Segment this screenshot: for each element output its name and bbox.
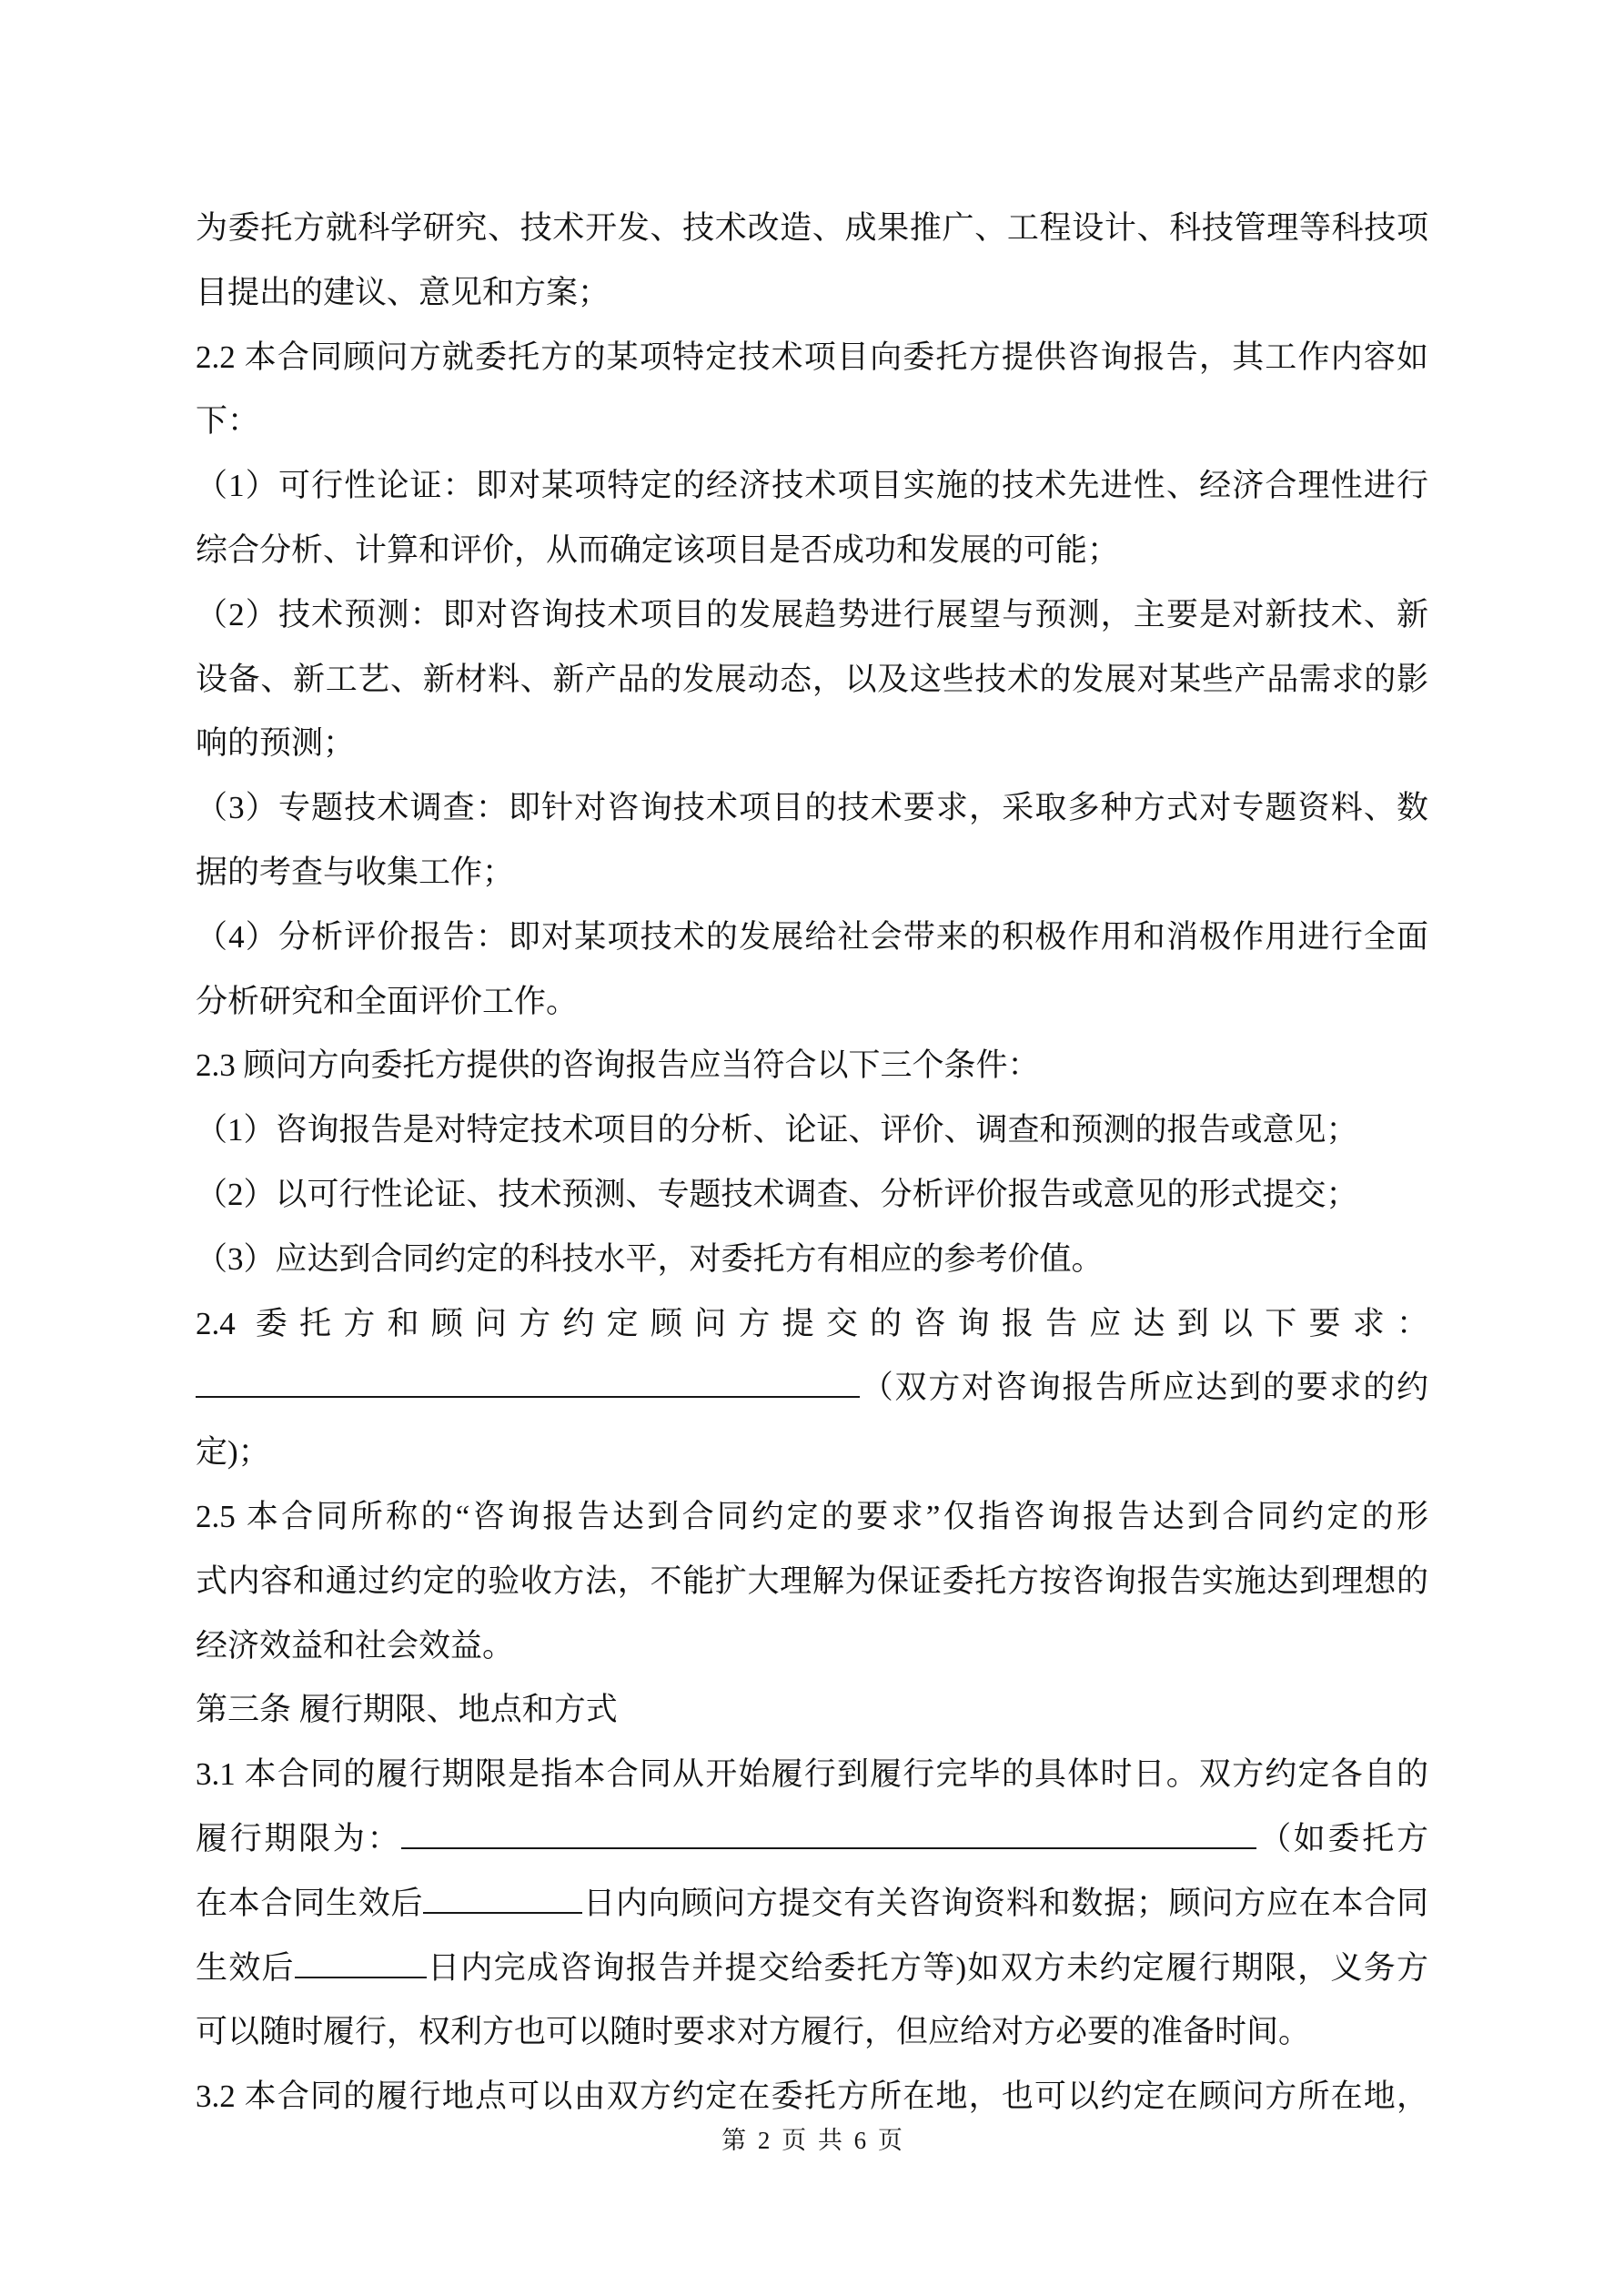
- line-text: 式内容和通过约定的验收方法，不能扩大理解为保证委托方按咨询报告实施达到理想的: [196, 1563, 1428, 1599]
- document-line: 分析研究和全面评价工作。: [196, 970, 1428, 1035]
- document-line: （2）技术预测：即对咨询技术项目的发展趋势进行展望与预测，主要是对新技术、新: [196, 583, 1428, 648]
- line-text: 响的预测；: [196, 725, 355, 761]
- line-text: 生效后: [196, 1950, 295, 1986]
- line-text: 2.4 委托方和顾问方约定顾问方提交的咨询报告应达到以下要求：: [196, 1306, 1428, 1341]
- line-text: 2.5 本合同所称的“咨询报告达到合同约定的要求”仅指咨询报告达到合同约定的形: [196, 1499, 1428, 1534]
- line-text: 定)；: [196, 1434, 270, 1470]
- document-line: （3）专题技术调查：即针对咨询技术项目的技术要求，采取多种方式对专题资料、数: [196, 776, 1428, 841]
- document-line: 据的考查与收集工作；: [196, 841, 1428, 905]
- line-text: 目提出的建议、意见和方案；: [196, 275, 610, 310]
- fill-in-blank[interactable]: [196, 1396, 860, 1398]
- line-text: 在本合同生效后: [196, 1886, 423, 1921]
- line-text: 分析研究和全面评价工作。: [196, 984, 578, 1019]
- document-line: 响的预测；: [196, 712, 1428, 776]
- line-text: 综合分析、计算和评价，从而确定该项目是否成功和发展的可能；: [196, 532, 1119, 568]
- document-line: 第三条 履行期限、地点和方式: [196, 1678, 1428, 1743]
- line-text: 日内向顾问方提交有关咨询资料和数据；顾问方应在本合同: [582, 1886, 1428, 1921]
- line-text: 3.1 本合同的履行期限是指本合同从开始履行到履行完毕的具体时日。双方约定各自的: [196, 1756, 1428, 1792]
- line-text: 下：: [196, 403, 259, 439]
- line-text: 可以随时履行，权利方也可以随时要求对方履行，但应给对方必要的准备时间。: [196, 2014, 1310, 2049]
- line-text: 设备、新工艺、新材料、新产品的发展动态，以及这些技术的发展对某些产品需求的影: [196, 662, 1428, 697]
- line-text: （如委托方: [1256, 1821, 1428, 1856]
- line-text: （1）咨询报告是对特定技术项目的分析、论证、评价、调查和预测的报告或意见；: [196, 1112, 1358, 1148]
- page-footer: 第 2 页 共 6 页: [0, 2122, 1624, 2159]
- line-text: 日内完成咨询报告并提交给委托方等)如双方未约定履行期限，义务方: [427, 1950, 1428, 1986]
- document-line: 在本合同生效后日内向顾问方提交有关咨询资料和数据；顾问方应在本合同: [196, 1872, 1428, 1937]
- document-page: 为委托方就科学研究、技术开发、技术改造、成果推广、工程设计、科技管理等科技项目提…: [0, 0, 1624, 2296]
- line-text: 2.3 顾问方向委托方提供的咨询报告应当符合以下三个条件：: [196, 1047, 1040, 1083]
- line-text: 为委托方就科学研究、技术开发、技术改造、成果推广、工程设计、科技管理等科技项: [196, 210, 1428, 246]
- document-line: （双方对咨询报告所应达到的要求的约: [196, 1356, 1428, 1421]
- line-text: 第三条 履行期限、地点和方式: [196, 1692, 618, 1727]
- document-line: 设备、新工艺、新材料、新产品的发展动态，以及这些技术的发展对某些产品需求的影: [196, 648, 1428, 713]
- line-text: 3.2 本合同的履行地点可以由双方约定在委托方所在地，也可以约定在顾问方所在地，: [196, 2079, 1428, 2114]
- document-line: 可以随时履行，权利方也可以随时要求对方履行，但应给对方必要的准备时间。: [196, 2000, 1428, 2065]
- document-line: （1）可行性论证：即对某项特定的经济技术项目实施的技术先进性、经济合理性进行: [196, 454, 1428, 519]
- line-text: （3）专题技术调查：即针对咨询技术项目的技术要求，采取多种方式对专题资料、数: [196, 790, 1428, 825]
- document-line: 生效后日内完成咨询报告并提交给委托方等)如双方未约定履行期限，义务方: [196, 1937, 1428, 2001]
- line-text: （2）技术预测：即对咨询技术项目的发展趋势进行展望与预测，主要是对新技术、新: [196, 597, 1428, 632]
- line-text: （双方对咨询报告所应达到的要求的约: [860, 1370, 1428, 1405]
- document-line: （2）以可行性论证、技术预测、专题技术调查、分析评价报告或意见的形式提交；: [196, 1163, 1428, 1228]
- line-text: 据的考查与收集工作；: [196, 855, 514, 890]
- document-line: 2.4 委托方和顾问方约定顾问方提交的咨询报告应达到以下要求：: [196, 1292, 1428, 1357]
- fill-in-blank[interactable]: [423, 1912, 582, 1914]
- document-line: 3.2 本合同的履行地点可以由双方约定在委托方所在地，也可以约定在顾问方所在地，: [196, 2065, 1428, 2129]
- document-line: 3.1 本合同的履行期限是指本合同从开始履行到履行完毕的具体时日。双方约定各自的: [196, 1743, 1428, 1807]
- document-line: 履行期限为：（如委托方: [196, 1807, 1428, 1872]
- page-number-text: 第 2 页 共 6 页: [721, 2127, 903, 2154]
- document-line: 目提出的建议、意见和方案；: [196, 261, 1428, 326]
- line-text: 履行期限为：: [196, 1821, 401, 1856]
- document-line: 定)；: [196, 1421, 1428, 1485]
- fill-in-blank[interactable]: [295, 1977, 427, 1978]
- document-line: （3）应达到合同约定的科技水平，对委托方有相应的参考价值。: [196, 1228, 1428, 1292]
- document-line: 2.2 本合同顾问方就委托方的某项特定技术项目向委托方提供咨询报告，其工作内容如: [196, 326, 1428, 390]
- line-text: （2）以可行性论证、技术预测、专题技术调查、分析评价报告或意见的形式提交；: [196, 1177, 1358, 1212]
- document-line: 2.3 顾问方向委托方提供的咨询报告应当符合以下三个条件：: [196, 1034, 1428, 1098]
- line-text: （4）分析评价报告：即对某项技术的发展给社会带来的积极作用和消极作用进行全面: [196, 919, 1428, 955]
- document-line: 为委托方就科学研究、技术开发、技术改造、成果推广、工程设计、科技管理等科技项: [196, 197, 1428, 261]
- document-line: （1）咨询报告是对特定技术项目的分析、论证、评价、调查和预测的报告或意见；: [196, 1098, 1428, 1163]
- document-line: （4）分析评价报告：即对某项技术的发展给社会带来的积极作用和消极作用进行全面: [196, 905, 1428, 970]
- document-line: 经济效益和社会效益。: [196, 1614, 1428, 1679]
- document-line: 综合分析、计算和评价，从而确定该项目是否成功和发展的可能；: [196, 519, 1428, 583]
- document-body: 为委托方就科学研究、技术开发、技术改造、成果推广、工程设计、科技管理等科技项目提…: [196, 197, 1428, 2129]
- document-line: 式内容和通过约定的验收方法，不能扩大理解为保证委托方按咨询报告实施达到理想的: [196, 1550, 1428, 1614]
- document-line: 下：: [196, 389, 1428, 454]
- document-line: 2.5 本合同所称的“咨询报告达到合同约定的要求”仅指咨询报告达到合同约定的形: [196, 1485, 1428, 1550]
- line-text: 2.2 本合同顾问方就委托方的某项特定技术项目向委托方提供咨询报告，其工作内容如: [196, 339, 1428, 375]
- fill-in-blank[interactable]: [401, 1847, 1256, 1849]
- line-text: （3）应达到合同约定的科技水平，对委托方有相应的参考价值。: [196, 1241, 1104, 1277]
- line-text: 经济效益和社会效益。: [196, 1628, 514, 1664]
- line-text: （1）可行性论证：即对某项特定的经济技术项目实施的技术先进性、经济合理性进行: [196, 468, 1428, 503]
